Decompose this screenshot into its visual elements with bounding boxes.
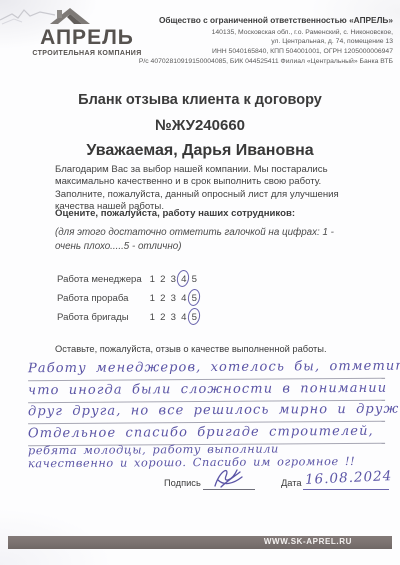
handwritten-line: друг друга, но все решилось мирно и друж… [28, 400, 385, 424]
signature-label: Подпись [164, 478, 201, 488]
handwritten-line: Отдельное спасибо бригаде строителей, [28, 421, 385, 445]
rating-number[interactable]: 2 [158, 312, 169, 323]
rate-heading: Оцените, пожалуйста, работу наших сотруд… [55, 208, 295, 219]
rating-row: Работа бригады 1 2 3 4 5 [57, 308, 200, 327]
handwritten-line: качественно и хорошо. Спасибо им огромно… [28, 455, 385, 470]
rating-scale: 1 2 3 4 5 [147, 293, 200, 304]
logo-name: АПРЕЛЬ [26, 27, 148, 49]
roof-icon [50, 8, 90, 26]
rating-number[interactable]: 5 [189, 312, 200, 323]
rating-number[interactable]: 3 [168, 293, 179, 304]
signature-scribble [211, 466, 247, 490]
handwritten-line: что иногда были сложности в понимании [28, 378, 385, 402]
logo-subtitle: СТРОИТЕЛЬНАЯ КОМПАНИЯ [26, 50, 148, 57]
handwritten-line: Работу менеджеров, хотелось бы, отметить [28, 357, 385, 381]
date-line[interactable]: 16.08.2024 [303, 470, 389, 490]
rating-row: Работа менеджера 1 2 3 4 5 [57, 270, 200, 289]
rating-scale: 1 2 3 4 5 [147, 312, 200, 323]
rating-number[interactable]: 3 [168, 312, 179, 323]
signature-date-row: Подпись Дата 16.08.2024 [0, 470, 400, 494]
ratings-list: Работа менеджера 1 2 3 4 5 Работа прораб… [57, 270, 200, 327]
rating-number[interactable]: 5 [189, 293, 200, 304]
form-title: Бланк отзыва клиента к договору [0, 92, 400, 108]
scanned-feedback-form: АПРЕЛЬ СТРОИТЕЛЬНАЯ КОМПАНИЯ Общество с … [0, 0, 400, 565]
company-name: Общество с ограниченной ответственностью… [133, 15, 393, 25]
rating-number[interactable]: 4 [179, 274, 190, 285]
review-heading: Оставьте, пожалуйста, отзыв о качестве в… [55, 344, 327, 354]
rating-number[interactable]: 5 [189, 274, 200, 285]
date-value: 16.08.2024 [305, 468, 393, 488]
date-label: Дата [281, 478, 302, 488]
rate-note: (для этого достаточно отметить галочкой … [55, 226, 355, 253]
rating-number[interactable]: 2 [158, 274, 169, 285]
rating-number[interactable]: 2 [158, 293, 169, 304]
company-logo: АПРЕЛЬ СТРОИТЕЛЬНАЯ КОМПАНИЯ [26, 8, 148, 57]
rating-row: Работа прораба 1 2 3 4 5 [57, 289, 200, 308]
rating-number[interactable]: 1 [147, 293, 158, 304]
handwritten-review: Работу менеджеров, хотелось бы, отметить… [28, 358, 385, 469]
rating-label: Работа менеджера [57, 274, 147, 285]
company-bank-details: Р/с 40702810919150004085, БИК 044525411 … [133, 57, 393, 67]
website-url: WWW.SK-APREL.RU [264, 536, 352, 549]
signature-line[interactable] [203, 470, 255, 490]
footer-bar: WWW.SK-APREL.RU [8, 536, 392, 549]
rating-number[interactable]: 1 [147, 312, 158, 323]
company-address-line1: 140135, Московская обл., г.о. Раменский,… [133, 28, 393, 38]
intro-paragraph: Благодарим Вас за выбор нашей компании. … [55, 164, 363, 214]
salutation: Уважаемая, Дарья Ивановна [0, 142, 400, 160]
company-registration-ids: ИНН 5040165840, КПП 504001001, ОГРН 1205… [133, 47, 393, 57]
rating-label: Работа прораба [57, 293, 147, 304]
contract-number: №ЖУ240660 [0, 117, 400, 134]
rating-label: Работа бригады [57, 312, 147, 323]
company-info: Общество с ограниченной ответственностью… [133, 15, 393, 67]
rating-number[interactable]: 1 [147, 274, 158, 285]
company-address-line2: ул. Центральная, д. 74, помещение 13 [133, 37, 393, 47]
rating-scale: 1 2 3 4 5 [147, 274, 200, 285]
